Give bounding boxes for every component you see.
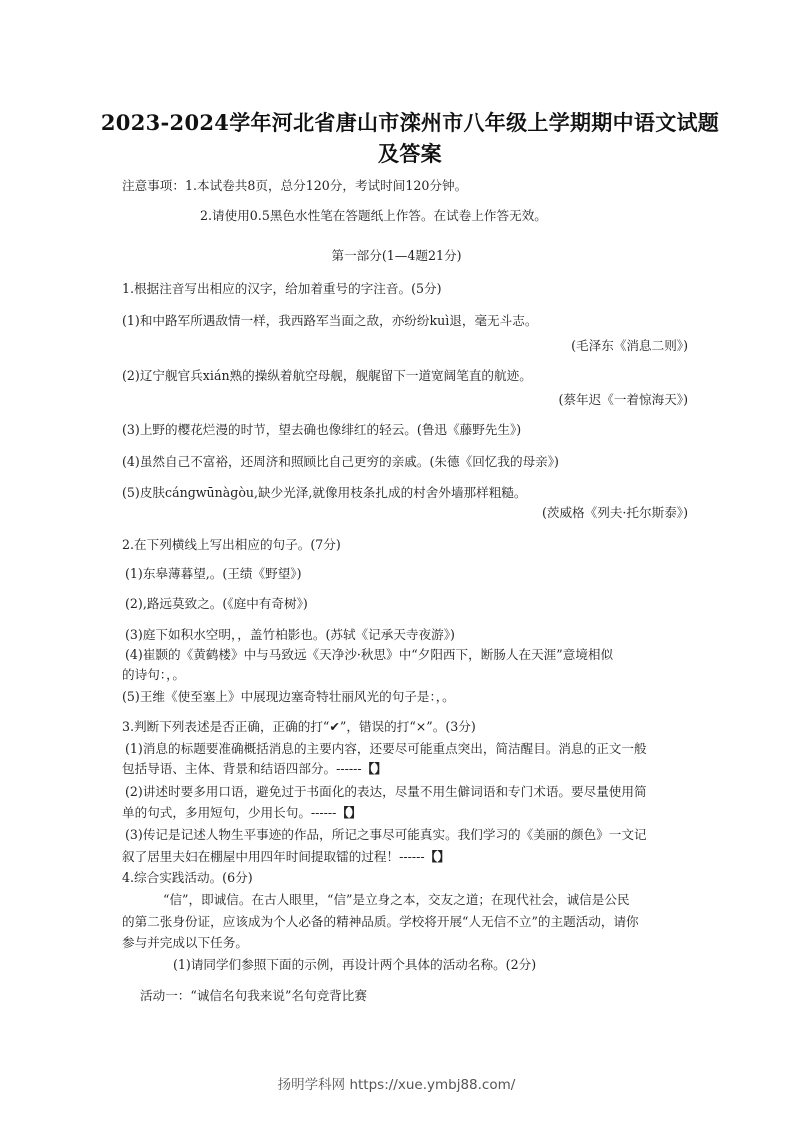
q2-item-4-cont: 的诗句：，。 [122, 667, 185, 683]
q3-item-3-text: 叙了居里夫妇在棚屋中用四年时间提取镭的过程！------ [122, 849, 425, 864]
q3-item-1-cont: 包括导语、主体、背景和结语四部分。------【】 [122, 761, 387, 777]
q1-item-2-source: (蔡年迟《一着惊海天》) [559, 392, 688, 408]
q3-item-1: (1)消息的标题要准确概括消息的主要内容，还要尽可能重点突出，简洁醒目。消息的正… [125, 741, 647, 757]
q1-item-1-source: (毛泽东《消息二则》) [571, 338, 688, 354]
q3-item-2: (2)讲述时要多用口语，避免过于书面化的表达，尽量不用生僻词语和专门术语。要尽量… [125, 784, 647, 800]
q4-sub1: (1)请同学们参照下面的示例，再设计两个具体的活动名称。(2分) [173, 957, 536, 973]
document-title-line2: 及答案 [100, 138, 720, 168]
q2-item-2: (2),路远莫致之。(《庭中有奇树》) [125, 596, 308, 612]
q4-stem: 4.综合实践活动。(6分) [122, 870, 253, 886]
q4-paragraph-line2: 的第二张身份证，应该成为个人必备的精神品质。学校将开展“人无信不立”的主题活动，… [122, 914, 639, 930]
document-title-line1: 2023-2024学年河北省唐山市滦州市八年级上学期期中语文试题 [100, 107, 720, 137]
q4-paragraph-line3: 参与并完成以下任务。 [122, 935, 248, 951]
q4-paragraph-line1: “信”，即诚信。在古人眼里，“信”是立身之本，交友之道；在现代社会，诚信是公民 [163, 892, 630, 908]
q3-item-1-answer-bracket: 【】 [362, 761, 387, 776]
exam-page: 2023-2024学年河北省唐山市滦州市八年级上学期期中语文试题 及答案 注意事… [0, 0, 793, 1121]
q1-item-4: (4)虽然自己不富裕，还周济和照顾比自己更穷的亲戚。(朱德《回忆我的母亲》) [122, 454, 559, 470]
q1-stem: 1.根据注音写出相应的汉字，给加着重号的字注音。(5分) [122, 281, 442, 297]
q4-example-activity: 活动一：“诚信名句我来说”名句竞背比赛 [140, 988, 367, 1004]
q3-item-2-answer-bracket: 【】 [336, 805, 361, 820]
q2-item-3: (3)庭下如积水空明，，盖竹柏影也。(苏轼《记承天寺夜游》) [125, 627, 455, 643]
q1-item-2: (2)辽宁舰官兵xián熟的操纵着航空母舰，舰艉留下一道宽阔笔直的航迹。 [122, 368, 532, 384]
q1-item-3: (3)上野的樱花烂漫的时节，望去确也像绯红的轻云。(鲁迅《藤野先生》) [122, 422, 521, 438]
q3-item-1-text: 包括导语、主体、背景和结语四部分。------ [122, 761, 362, 776]
q2-item-4: (4)崔颢的《黄鹤楼》中与马致远《天净沙·秋思》中“夕阳西下，断肠人在天涯”意境… [125, 647, 613, 663]
watermark-footer: 扬明学科网 https://xue.ymbj88.com/ [0, 1073, 793, 1093]
q3-item-3: (3)传记是记述人物生平事迹的作品，所记之事尽可能真实。我们学习的《美丽的颜色》… [125, 827, 647, 843]
notice-line1: 注意事项：1.本试卷共8页，总分120分，考试时间120分钟。 [122, 178, 467, 194]
notice-line2: 2.请使用0.5黑色水性笔在答题纸上作答。在试卷上作答无效。 [200, 208, 547, 224]
q1-item-1: (1)和中路军所遇敌情一样，我西路军当面之敌，亦纷纷kuì退，毫无斗志。 [122, 313, 537, 329]
q3-item-2-text: 单的句式，多用短句，少用长句。------ [122, 805, 336, 820]
q1-item-5-source: (茨威格《列夫·托尔斯泰》) [542, 505, 688, 521]
q1-item-5: (5)皮肤cánɡwūnàɡòu,缺少光泽,就像用枝条扎成的村舍外墙那样粗糙。 [122, 485, 527, 501]
q2-item-1: (1)东皋薄暮望,。(王绩《野望》) [125, 566, 302, 582]
q3-item-3-cont: 叙了居里夫妇在棚屋中用四年时间提取镭的过程！------【】 [122, 849, 450, 865]
q2-item-5: (5)王维《使至塞上》中展现边塞奇特壮丽风光的句子是：，。 [122, 689, 455, 705]
q3-item-2-cont: 单的句式，多用短句，少用长句。------【】 [122, 805, 362, 821]
part-heading: 第一部分(1—4题21分) [0, 248, 793, 264]
q3-stem: 3.判断下列表述是否正确，正确的打“✔”，错误的打“×”。(3分) [122, 719, 476, 735]
q2-stem: 2.在下列横线上写出相应的句子。(7分) [122, 537, 341, 553]
q3-item-3-answer-bracket: 【】 [425, 849, 450, 864]
